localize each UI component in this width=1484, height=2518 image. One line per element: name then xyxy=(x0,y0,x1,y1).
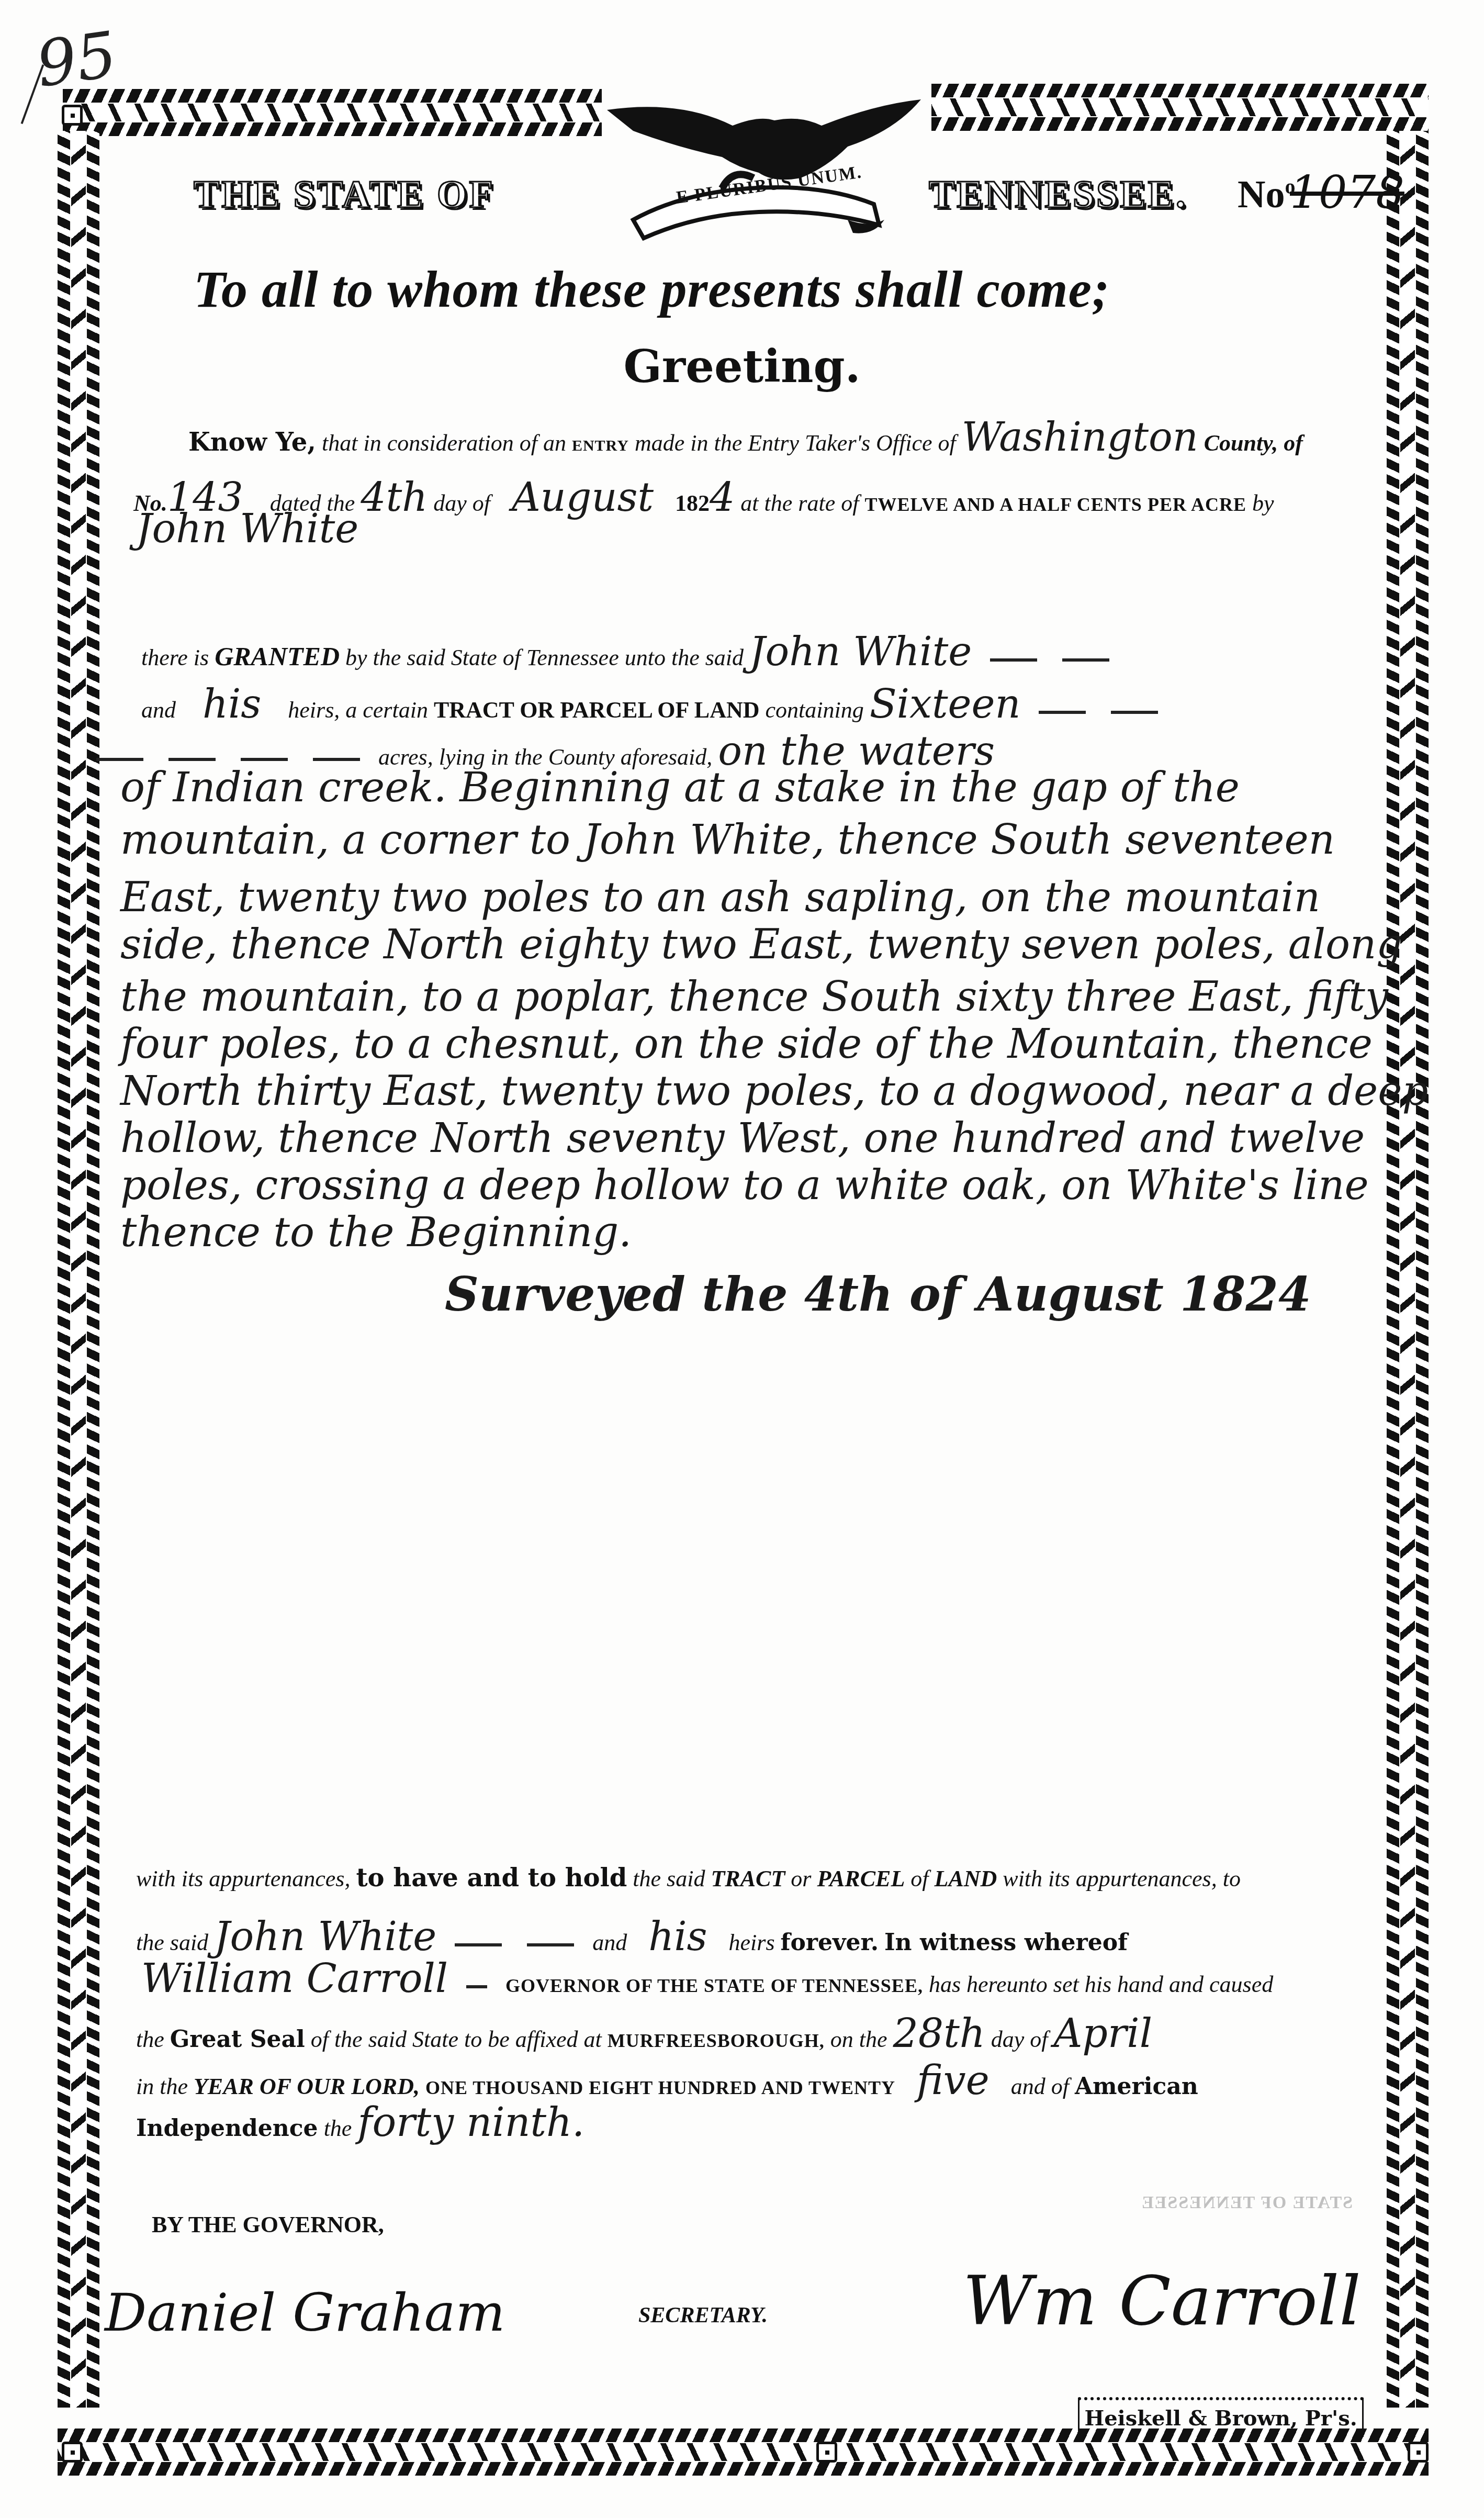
attestation-text: on the xyxy=(830,2027,887,2052)
border-corner-icon xyxy=(1408,2442,1429,2463)
grantee-handwritten: John White xyxy=(749,628,972,675)
governor-name-handwritten: William Carroll xyxy=(141,1955,448,2001)
great-seal-word: Great Seal xyxy=(170,2026,305,2053)
habendum-line-1: with its appurtenances, to have and to h… xyxy=(136,1863,1241,1893)
governor-title: GOVERNOR OF THE STATE OF TENNESSEE, xyxy=(505,1975,923,1996)
grant-text: and xyxy=(141,697,176,723)
border-top-right xyxy=(931,84,1429,131)
rate-text: TWELVE AND A HALF CENTS PER ACRE xyxy=(864,494,1246,515)
entry-day-handwritten: 4th xyxy=(361,474,428,520)
number-label: No xyxy=(1238,173,1285,216)
grant-year-handwritten: five xyxy=(917,2057,990,2103)
witness-whereof: In witness whereof xyxy=(884,1929,1128,1956)
description-line: four poles, to a chesnut, on the side of… xyxy=(120,1021,1373,1068)
border-corner-icon xyxy=(62,2442,83,2463)
year-text: ONE THOUSAND EIGHT HUNDRED AND TWENTY xyxy=(425,2077,895,2098)
description-line: East, twenty two poles to an ash sapling… xyxy=(120,874,1320,921)
his-handwritten: his xyxy=(203,680,261,727)
habendum-text: with its appurtenances, xyxy=(136,1866,350,1892)
grant-text: by the said State of Tennessee unto the … xyxy=(345,645,744,670)
border-top-left xyxy=(63,89,602,136)
independence-year-handwritten: forty ninth. xyxy=(357,2099,584,2145)
to-have-and-to-hold: to have and to hold xyxy=(356,1863,627,1893)
attestation-text: of the said State to be affixed at xyxy=(311,2027,602,2052)
entry-year-handwritten: 4 xyxy=(710,474,735,520)
fill-dash xyxy=(455,1943,502,1946)
land-grant-document: 95 E PLURIBUS UNUM. THE STATE OF TENNESS… xyxy=(0,0,1484,2518)
entry-word: ENTRY xyxy=(572,437,629,454)
habendum-line-2: the said John White and his heirs foreve… xyxy=(136,1913,1128,1960)
fill-dash xyxy=(1111,711,1158,714)
enterer-handwritten: John White xyxy=(136,505,358,552)
attestation-text: the xyxy=(324,2116,352,2141)
fill-dash xyxy=(1062,658,1109,662)
fill-dash xyxy=(168,758,216,761)
governor-signature: Wm Carroll xyxy=(963,2261,1361,2341)
description-line: poles, crossing a deep hollow to a white… xyxy=(120,1162,1369,1209)
greeting: Greeting. xyxy=(0,340,1484,393)
fill-dash xyxy=(1039,711,1086,714)
description-line: mountain, a corner to John White, thence… xyxy=(120,816,1335,864)
header-number-value: 1078 xyxy=(1290,166,1404,219)
entry-text: day of xyxy=(433,490,490,516)
attestation-text: day of xyxy=(991,2027,1048,2052)
document-title: To all to whom these presents shall come… xyxy=(194,259,1345,319)
header-state-of: THE STATE OF xyxy=(194,173,495,217)
entry-text: County, of xyxy=(1204,430,1303,456)
attestation-line-4: Independence the forty ninth. xyxy=(136,2099,584,2145)
place-murfreesborough: MURFREESBOROUGH, xyxy=(608,2030,825,2051)
independence-word: Independence xyxy=(136,2115,318,2142)
entry-text: that in consideration of an xyxy=(322,430,566,456)
attestation-line-1: William Carroll GOVERNOR OF THE STATE OF… xyxy=(141,1955,1273,2001)
header-number-label: Noo xyxy=(1238,173,1295,217)
american-word: American xyxy=(1075,2073,1198,2100)
entry-text: made in the Entry Taker's Office of xyxy=(635,430,956,456)
attestation-text: has hereunto set his hand and caused xyxy=(929,1972,1273,1997)
fill-dash xyxy=(466,1985,487,1988)
habendum-text: with its appurtenances, to xyxy=(1003,1866,1241,1892)
entry-text: at the rate of xyxy=(740,490,859,516)
entry-line-1: Know Ye, that in consideration of an ENT… xyxy=(188,413,1303,460)
border-right xyxy=(1387,131,1429,2408)
tract-word: TRACT xyxy=(711,1866,785,1892)
grant-month-handwritten: April xyxy=(1053,2010,1152,2056)
land-word: LAND xyxy=(935,1866,997,1892)
year-prefix: 182 xyxy=(675,490,710,516)
fill-dash xyxy=(527,1943,574,1946)
tract-word: TRACT OR PARCEL OF LAND xyxy=(434,697,760,723)
habendum-text: or xyxy=(791,1866,811,1892)
grant-line-2: and his heirs, a certain TRACT OR PARCEL… xyxy=(141,680,1171,727)
attestation-text: in the xyxy=(136,2074,188,2099)
description-line: hollow, thence North seventy West, one h… xyxy=(120,1115,1365,1162)
habendum-text: the said xyxy=(136,1930,208,1955)
attestation-text: the xyxy=(136,2027,164,2052)
year-of-our-lord: YEAR OF OUR LORD, xyxy=(194,2074,420,2099)
grant-line-1: there is GRANTED by the said State of Te… xyxy=(141,628,1122,675)
secretary-signature: Daniel Graham xyxy=(105,2282,505,2343)
header-tennessee: TENNESSEE. xyxy=(929,173,1187,217)
parcel-word: PARCEL xyxy=(817,1866,905,1892)
description-line: of Indian creek. Beginning at a stake in… xyxy=(120,764,1240,811)
entry-text: by xyxy=(1252,490,1274,516)
habendum-text: the said xyxy=(633,1866,705,1892)
entry-month-handwritten: August xyxy=(512,474,654,520)
description-line: thence to the Beginning. xyxy=(120,1209,632,1256)
border-left xyxy=(58,131,99,2408)
habendum-text: of xyxy=(910,1866,928,1892)
printer-imprint: Heiskell & Brown, Pr's. xyxy=(1078,2397,1364,2437)
acres-handwritten: Sixteen xyxy=(870,680,1021,727)
fill-dash xyxy=(241,758,288,761)
habendum-text: and xyxy=(592,1930,627,1955)
surveyed-line: Surveyed the 4th of August 1824 xyxy=(445,1267,1311,1322)
habendum-text: heirs xyxy=(729,1930,775,1955)
description-line: North thirty East, twenty two poles, to … xyxy=(120,1068,1428,1115)
description-line: the mountain, to a poplar, thence South … xyxy=(120,973,1388,1021)
attestation-line-3: in the YEAR OF OUR LORD, ONE THOUSAND EI… xyxy=(136,2057,1198,2103)
fill-dash xyxy=(313,758,360,761)
granted-word: GRANTED xyxy=(215,642,340,671)
forever-word: forever. xyxy=(781,1929,879,1956)
border-corner-icon xyxy=(816,2442,837,2463)
attestation-line-2: the Great Seal of the said State to be a… xyxy=(136,2010,1152,2056)
fill-dash xyxy=(990,658,1037,662)
grant-day-handwritten: 28th xyxy=(893,2010,985,2056)
holder-handwritten: John White xyxy=(214,1913,436,1960)
grant-text: containing xyxy=(765,697,863,723)
border-corner-icon xyxy=(62,105,83,126)
know-ye: Know Ye, xyxy=(188,428,316,457)
grant-text: heirs, a certain xyxy=(288,697,428,723)
grant-text: there is xyxy=(141,645,209,670)
attestation-text: and of xyxy=(1011,2074,1069,2099)
faded-stamp: STATE OF TENNESSEE xyxy=(1141,2193,1353,2213)
his-handwritten: his xyxy=(648,1913,707,1960)
fill-dash xyxy=(96,758,143,761)
description-line: side, thence North eighty two East, twen… xyxy=(120,921,1402,968)
county-handwritten: Washington xyxy=(962,413,1198,460)
secretary-label: SECRETARY. xyxy=(638,2303,768,2328)
by-the-governor: BY THE GOVERNOR, xyxy=(152,2211,384,2238)
